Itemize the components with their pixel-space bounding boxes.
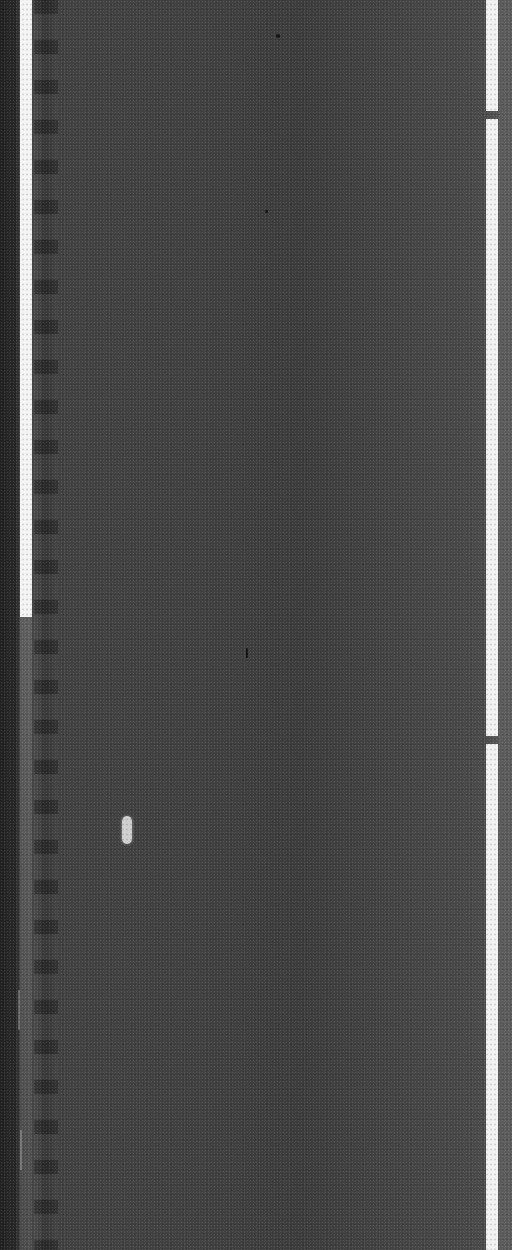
road-speck (265, 210, 268, 213)
left-edge-line (20, 0, 32, 617)
rumble-strip (34, 0, 58, 1250)
lane-dash (486, 744, 498, 1250)
road-speck (276, 34, 280, 38)
right-road-edge (498, 0, 512, 1250)
asphalt-texture (0, 0, 512, 1250)
road-scene: Overhead view of an asphalt road lane wi… (0, 0, 512, 1250)
road-shoulder (0, 0, 16, 1250)
lane-dash (486, 119, 498, 736)
road-debris (122, 816, 132, 844)
worn-marking (20, 1130, 22, 1170)
road-speck (246, 648, 248, 658)
lane-dash (486, 0, 498, 111)
worn-marking (18, 990, 20, 1030)
